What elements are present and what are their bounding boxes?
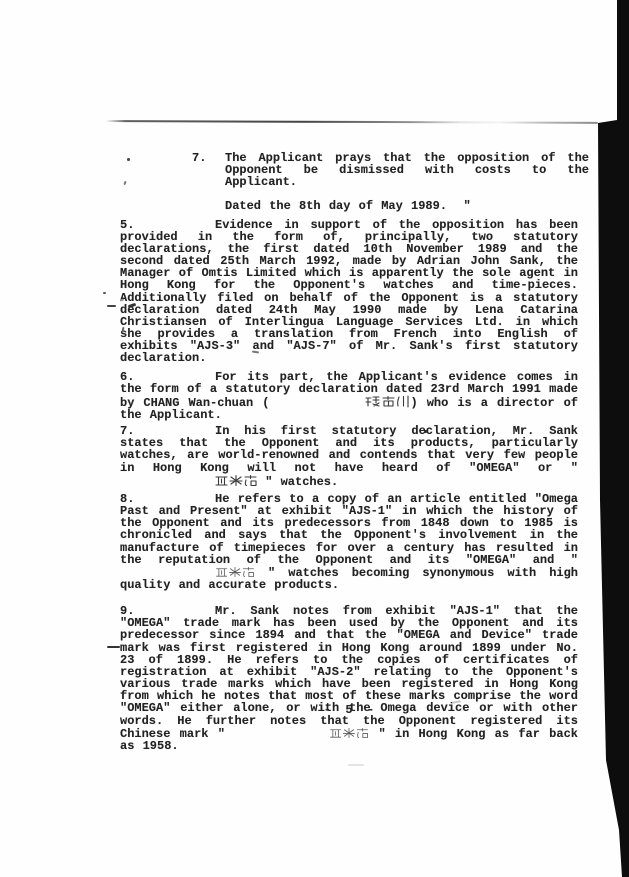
scan-artifact-margin-dash bbox=[107, 646, 120, 648]
scan-artifact-ink-dot bbox=[424, 430, 427, 433]
handwritten-chinese-trademark bbox=[120, 566, 255, 578]
page-number: - 5 - bbox=[120, 703, 578, 717]
handwritten-chinese-trademark bbox=[234, 727, 369, 739]
paragraph-6: 6.For its part, the Applicant's evidence… bbox=[120, 371, 578, 422]
handwritten-chinese-trademark bbox=[120, 474, 257, 487]
scanned-document-page: 7.The Applicant prays that the oppositio… bbox=[0, 0, 629, 877]
scan-edge-shadow bbox=[589, 0, 629, 877]
handwritten-chinese-name bbox=[269, 395, 410, 408]
text-column: 7.The Applicant prays that the oppositio… bbox=[120, 152, 578, 752]
scan-artifact-speck bbox=[127, 158, 130, 161]
scan-artifact-pencil-dash bbox=[107, 305, 116, 307]
paragraph-7-number: 7. bbox=[120, 425, 134, 437]
paragraph-9: 9.Mr. Sank notes from exhibit "AJS-1" th… bbox=[120, 605, 578, 752]
quoted-paragraph-number: 7. bbox=[192, 152, 206, 164]
paragraph-8: 8.He refers to a copy of an article enti… bbox=[120, 493, 578, 591]
paragraph-8-number: 8. bbox=[120, 493, 134, 505]
quoted-paragraph-7: 7.The Applicant prays that the oppositio… bbox=[225, 152, 589, 188]
scan-artifact-faint-smudge bbox=[348, 764, 364, 766]
paragraph-6-number: 6. bbox=[120, 371, 134, 383]
scan-artifact-pencil-dot bbox=[103, 292, 106, 294]
dated-line: Dated the 8th day of May 1989. " bbox=[225, 200, 578, 212]
paragraph-8-text-before: He refers to a copy of an article entitl… bbox=[120, 492, 578, 567]
quoted-paragraph-text: The Applicant prays that the opposition … bbox=[225, 151, 589, 189]
paragraph-5-number: 5. bbox=[120, 219, 134, 231]
paragraph-9-text-before: Mr. Sank notes from exhibit "AJS-1" that… bbox=[120, 604, 578, 741]
paragraph-7-text-before: In his first statutory declaration, Mr. … bbox=[120, 424, 578, 474]
scan-artifact-page-edge-line bbox=[106, 120, 598, 124]
paragraph-7-text-after: " watches. bbox=[257, 475, 338, 489]
paragraph-9-number: 9. bbox=[120, 605, 134, 617]
paragraph-7: 7.In his first statutory declaration, Mr… bbox=[120, 425, 578, 488]
paragraph-5: 5.Evidence in support of the opposition … bbox=[120, 219, 578, 365]
paragraph-5-text: Evidence in support of the opposition ha… bbox=[120, 218, 578, 366]
